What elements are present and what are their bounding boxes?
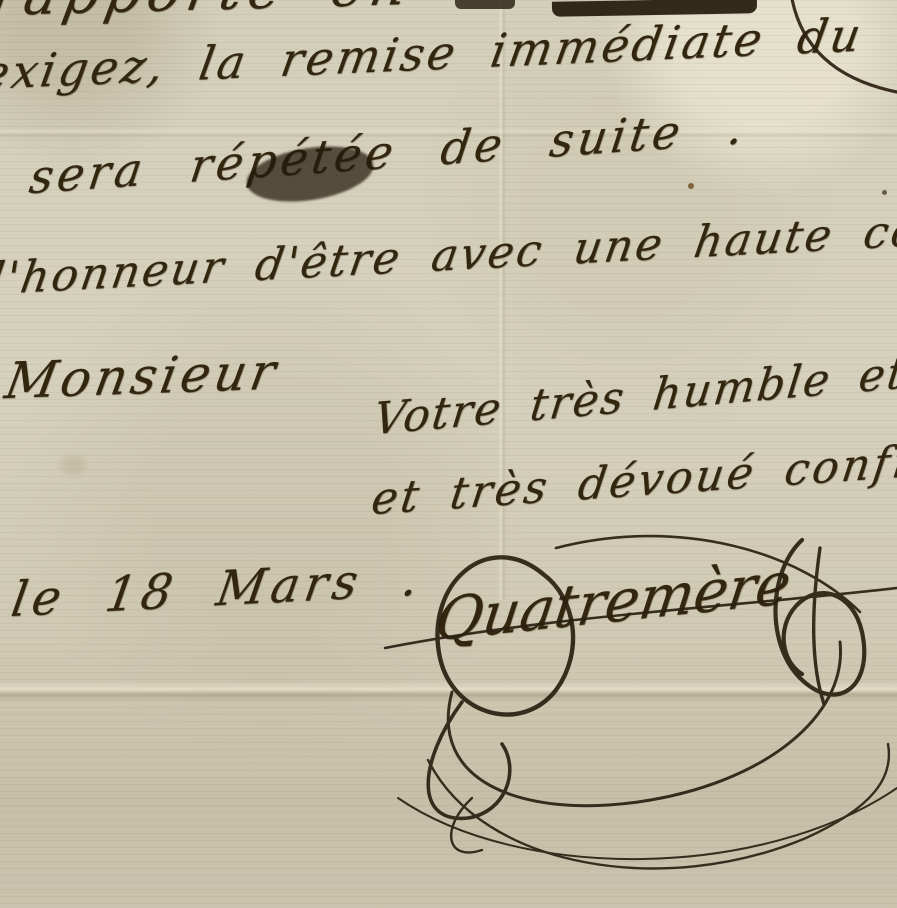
handwriting-line-4: l'honneur d'être avec une haute co bbox=[0, 205, 897, 305]
handwriting-line-8: le 18 Mars . bbox=[8, 550, 428, 628]
signature-bottom-sweep-1 bbox=[448, 642, 840, 806]
signature-name: Quatremère bbox=[431, 548, 795, 655]
handwriting-line-7: et très dévoué confrè bbox=[368, 434, 897, 526]
signature-right-stem bbox=[814, 548, 824, 704]
letter-photo: rapporté en exigez, la remise immédiate … bbox=[0, 0, 897, 908]
handwriting-line-5: Monsieur bbox=[1, 342, 284, 410]
ink-blot-top-2 bbox=[455, 0, 515, 9]
paper-stain-1 bbox=[60, 455, 86, 475]
handwriting-line-1: rapporté en bbox=[0, 0, 419, 29]
handwriting-line-6: Votre très humble et bbox=[371, 347, 897, 445]
ink-speck-2 bbox=[882, 190, 887, 195]
fold-crease-horizontal-main bbox=[0, 682, 897, 702]
signature-tail-loop bbox=[428, 702, 510, 818]
handwriting-line-3: sera répétée de suite . bbox=[26, 100, 750, 205]
signature-bottom-sweep-2 bbox=[428, 744, 889, 868]
signature-bottom-sweep-3 bbox=[398, 788, 897, 859]
ink-speck-1 bbox=[688, 183, 694, 189]
signature-terminal-loop bbox=[451, 798, 482, 852]
